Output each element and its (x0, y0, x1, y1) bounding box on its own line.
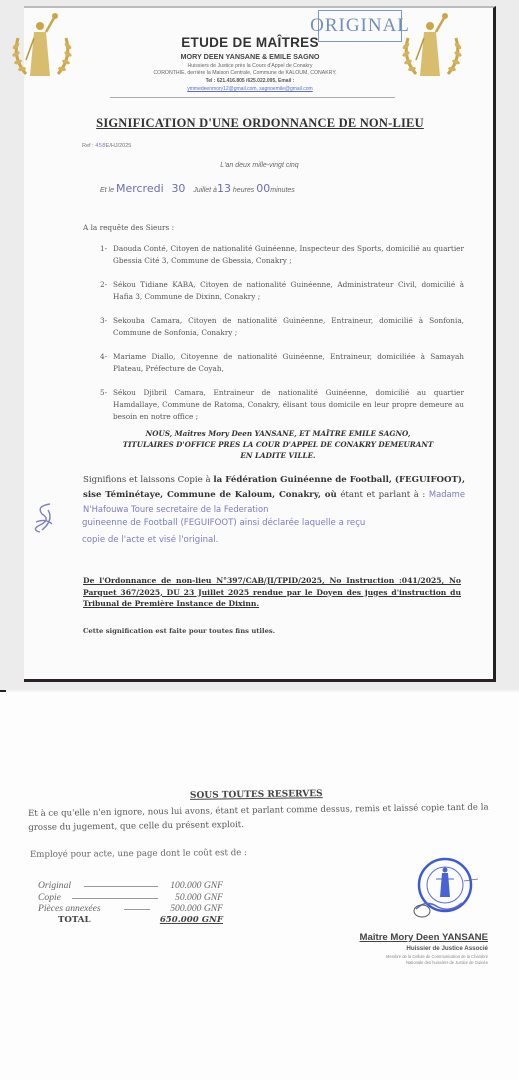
requesters-list: 1-Daouda Conté, Citoyen de nationalité G… (100, 243, 464, 435)
lady-justice-logo-left (8, 8, 76, 80)
date-time-line: Et le Mercredi 30 Juillet à13 heures 00m… (100, 182, 295, 195)
date-month: Juillet à (193, 187, 217, 194)
firm-title: ETUDE DE MAÎTRES (100, 35, 400, 50)
hours-label: heures (233, 187, 254, 194)
firm-email-link[interactable]: ymmedeenmory12@gmail.com, sagnoemile@gma… (100, 86, 400, 92)
requete-heading: A la requête des Sieurs : (83, 222, 174, 234)
firm-names: MORY DEEN YANSANE & EMILE SAGNO (100, 52, 400, 61)
firm-phone: Tel : 621.416.805 /625.022.095, Email : (100, 78, 400, 84)
handwritten-day-name: Mercredi (116, 182, 164, 195)
ordonnance-reference: De l'Ordonnance de non-lieu N°397/CAB/JI… (83, 575, 461, 610)
cost-table: Original 100.000 GNF Copie 50.000 GNF Pi… (38, 880, 238, 926)
ref-suffix: E/HJ/2025 (106, 143, 132, 149)
cost-intro: Employé pour acte, une page dont le coût… (30, 848, 247, 860)
date-year-line: L'an deux mille-vingt cinq (0, 162, 519, 169)
cost-row-pieces: Pièces annexées 500.000 GNF (38, 903, 238, 915)
list-item: 5-Sékou Djibril Camara, Entraineur de na… (100, 387, 464, 423)
document-page-1: ORIGINAL ETUDE DE MAÎTRES MORY DEEN YANS… (0, 0, 519, 690)
cost-row-total: TOTAL 650.000 GNF (38, 915, 238, 927)
lady-justice-laurel-icon (8, 8, 76, 80)
list-item: 3-Sekouba Camara, Citoyen de nationalité… (100, 315, 464, 339)
handwritten-minutes: 00 (256, 182, 270, 195)
ref-handwritten-number: 458 (95, 143, 106, 149)
list-item: 2-Sékou Tidiane KABA, Citoyen de nationa… (100, 279, 464, 303)
header-divider (110, 97, 395, 98)
bailiff-seal (412, 855, 478, 921)
bailiffs-statement: NOUS, Maîtres Mory Deen YANSANE, ET MAÎT… (88, 428, 468, 461)
signatory-membership-2: Nationale des huissiers de Justice de Gu… (300, 960, 488, 965)
handwritten-hour: 13 (217, 182, 231, 195)
firm-address: CORONTHIE, derrière la Maison Centrale, … (80, 70, 410, 76)
signature-scribble-icon (28, 500, 60, 536)
list-item: 1-Daouda Conté, Citoyen de nationalité G… (100, 243, 464, 267)
ref-label: Ref : (82, 143, 94, 149)
signatory-name: Maître Mory Deen YANSANE (330, 932, 488, 943)
date-prefix: Et le (100, 187, 114, 194)
closing-statement: Cette signification est faite pour toute… (83, 627, 275, 635)
handwritten-day-number: 30 (171, 182, 185, 195)
document-title: SIGNIFICATION D'UNE ORDONNANCE DE NON-LI… (40, 116, 480, 131)
firm-description: Huissiers de Justice près la Cours d'App… (100, 63, 400, 69)
handwritten-continuation: guineenne de Football (FEGUIFOOT) ainsi … (82, 515, 482, 549)
cost-row-copie: Copie 50.000 GNF (38, 892, 238, 904)
reference-line: Ref : 458E/HJ/2025 (82, 143, 131, 149)
official-seal-icon (412, 855, 478, 921)
signatory-membership-1: Membre de la Cellule de Communication de… (300, 954, 488, 959)
list-item: 4-Mariame Diallo, Citoyenne de nationali… (100, 351, 464, 375)
reserves-title: SOUS TOUTES RESERVES (190, 789, 323, 801)
minutes-label: minutes (270, 187, 295, 194)
signatory-role: Huissier de Justice Associé (330, 945, 488, 952)
cost-row-original: Original 100.000 GNF (38, 880, 238, 892)
signification-paragraph: Signifions et laissons Copie à la Fédéra… (83, 473, 465, 517)
